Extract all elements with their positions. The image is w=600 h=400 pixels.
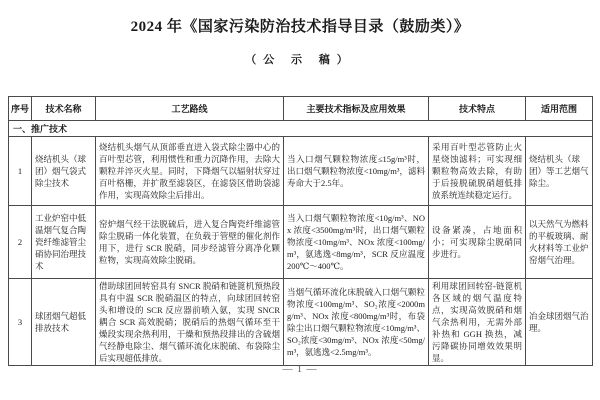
- cell-no: 2: [9, 206, 32, 279]
- col-header-name: 技术名称: [32, 97, 96, 121]
- table-row: 2 工业炉窑中低温烟气复合陶瓷纤维滤管尘硝协同治理技术 窑炉烟气经干法脱硫后，进…: [9, 206, 593, 279]
- cell-indicators: 当入口烟气颗粒物浓度≤15g/m³时，出口烟气颗粒物浓度<10mg/m³，滤料寿…: [284, 137, 429, 206]
- cell-indicators: 当入口烟气颗粒物浓度<10g/m³、NOx 浓度<3500mg/m³时，出口烟气…: [284, 206, 429, 279]
- technology-table: 序号 技术名称 工艺路线 主要技术指标及应用效果 技术特点 适用范围 一、推广技…: [8, 96, 593, 366]
- col-header-indicators: 主要技术指标及应用效果: [284, 97, 429, 121]
- cell-features: 采用百叶型芯管防止火星烧蚀滤料；可实现细颗粒物高效去除，有助于后接脱硫脱硝超低排…: [429, 137, 526, 206]
- col-header-process: 工艺路线: [96, 97, 284, 121]
- table-row: 3 球团烟气超低排放技术 借助球团回转窑具有 SNCR 脱硝和链篦机预热段具有中…: [9, 279, 593, 366]
- col-header-scope: 适用范围: [526, 97, 593, 121]
- col-header-features: 技术特点: [429, 97, 526, 121]
- table-row: 1 烧结机头（球团）烟气袋式除尘技术 烧结机头烟气从顶部垂直进入袋式除尘器中心的…: [9, 137, 593, 206]
- cell-process: 烧结机头烟气从顶部垂直进入袋式除尘器中心的百叶型芯管，利用惯性和重力沉降作用，去…: [96, 137, 284, 206]
- cell-scope: 冶金球团烟气治理。: [526, 279, 593, 366]
- cell-scope: 烧结机头（球团）等工艺烟气除尘。: [526, 137, 593, 206]
- col-header-no: 序号: [9, 97, 32, 121]
- cell-name: 工业炉窑中低温烟气复合陶瓷纤维滤管尘硝协同治理技术: [32, 206, 96, 279]
- page-number: — 1 —: [0, 364, 600, 375]
- cell-features: 设备紧凑，占地面积小；可实现除尘脱硝同步进行。: [429, 206, 526, 279]
- cell-scope: 以天然气为燃料的平板玻璃、耐火材料等工业炉窑烟气治理。: [526, 206, 593, 279]
- cell-process: 窑炉烟气经干法脱硫后，进入复合陶瓷纤维滤管除尘脱硝一体化装置，在负载于管壁的催化…: [96, 206, 284, 279]
- cell-features: 利用球团回转窑-链篦机各区域的烟气温度特点，实现高效脱硝和烟气余热利用，无需外部…: [429, 279, 526, 366]
- table-header-row: 序号 技术名称 工艺路线 主要技术指标及应用效果 技术特点 适用范围: [9, 97, 593, 121]
- cell-no: 1: [9, 137, 32, 206]
- section-label: 一、推广技术: [9, 121, 593, 137]
- page-title: 2024 年《国家污染防治技术指导目录（鼓励类）》: [0, 15, 600, 36]
- cell-name: 烧结机头（球团）烟气袋式除尘技术: [32, 137, 96, 206]
- cell-name: 球团烟气超低排放技术: [32, 279, 96, 366]
- section-row: 一、推广技术: [9, 121, 593, 137]
- cell-no: 3: [9, 279, 32, 366]
- page-subtitle: （公 示 稿）: [0, 51, 600, 67]
- cell-process: 借助球团回转窑具有 SNCR 脱硝和链篦机预热段具有中温 SCR 脱硝温区的特点…: [96, 279, 284, 366]
- cell-indicators: 当烟气循环流化床脱硫入口烟气颗粒物浓度<100mg/m³、SO₂浓度<2000m…: [284, 279, 429, 366]
